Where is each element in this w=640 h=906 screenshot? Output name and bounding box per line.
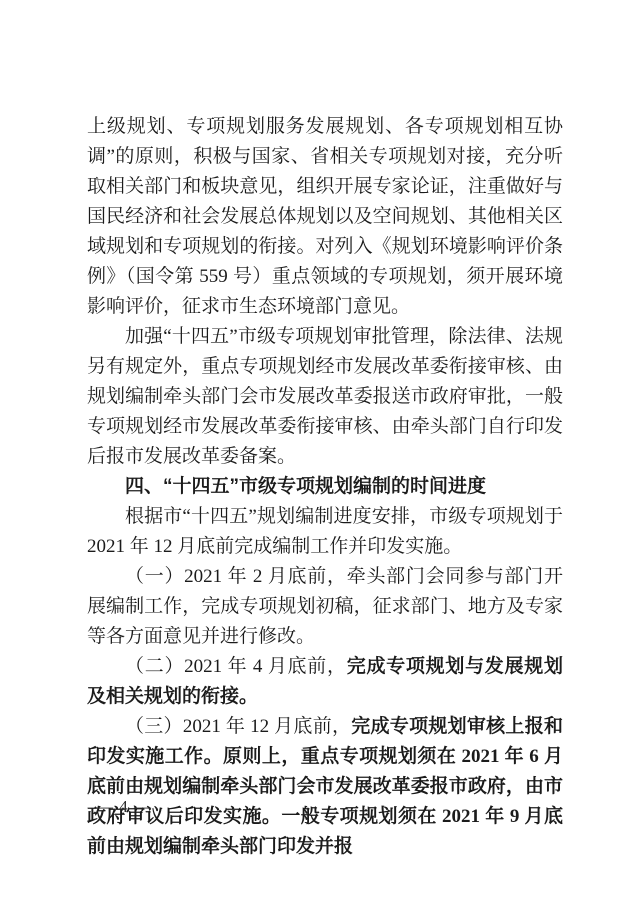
paragraph-approval-management: 加强“十四五”市级专项规划审批管理，除法律、法规另有规定外，重点专项规划经市发展… xyxy=(87,322,563,472)
paragraph-schedule-overview: 根据市“十四五”规划编制进度安排，市级专项规划于 2021 年 12 月底前完成… xyxy=(87,502,563,562)
paragraph-milestone-2-prefix: （二）2021 年 4 月底前， xyxy=(125,656,347,677)
paragraph-milestone-2: （二）2021 年 4 月底前，完成专项规划与发展规划及相关规划的衔接。 xyxy=(87,652,563,712)
paragraph-continuation: 上级规划、专项规划服务发展规划、各专项规划相互协调”的原则，积极与国家、省相关专… xyxy=(87,112,563,322)
document-page: 上级规划、专项规划服务发展规划、各专项规划相互协调”的原则，积极与国家、省相关专… xyxy=(0,0,640,906)
paragraph-milestone-3-emphasis: 完成专项规划审核上报和印发实施工作。原则上，重点专项规划须在 2021 年 6 … xyxy=(87,716,563,857)
paragraph-milestone-1-text: （一）2021 年 2 月底前，牵头部门会同参与部门开展编制工作，完成专项规划初… xyxy=(87,566,563,647)
section-heading-text: 四、“十四五”市级专项规划编制的时间进度 xyxy=(125,476,486,497)
paragraph-continuation-text: 上级规划、专项规划服务发展规划、各专项规划相互协调”的原则，积极与国家、省相关专… xyxy=(87,116,563,317)
document-text-block: 上级规划、专项规划服务发展规划、各专项规划相互协调”的原则，积极与国家、省相关专… xyxy=(87,112,563,862)
page-number: — 4 — xyxy=(96,796,152,818)
paragraph-approval-management-text: 加强“十四五”市级专项规划审批管理，除法律、法规另有规定外，重点专项规划经市发展… xyxy=(87,326,563,467)
section-heading: 四、“十四五”市级专项规划编制的时间进度 xyxy=(87,472,563,502)
paragraph-milestone-3-prefix: （三）2021 年 12 月底前， xyxy=(125,716,351,737)
paragraph-milestone-3: （三）2021 年 12 月底前，完成专项规划审核上报和印发实施工作。原则上，重… xyxy=(87,712,563,862)
paragraph-schedule-overview-text: 根据市“十四五”规划编制进度安排，市级专项规划于 2021 年 12 月底前完成… xyxy=(87,506,563,557)
paragraph-milestone-1: （一）2021 年 2 月底前，牵头部门会同参与部门开展编制工作，完成专项规划初… xyxy=(87,562,563,652)
